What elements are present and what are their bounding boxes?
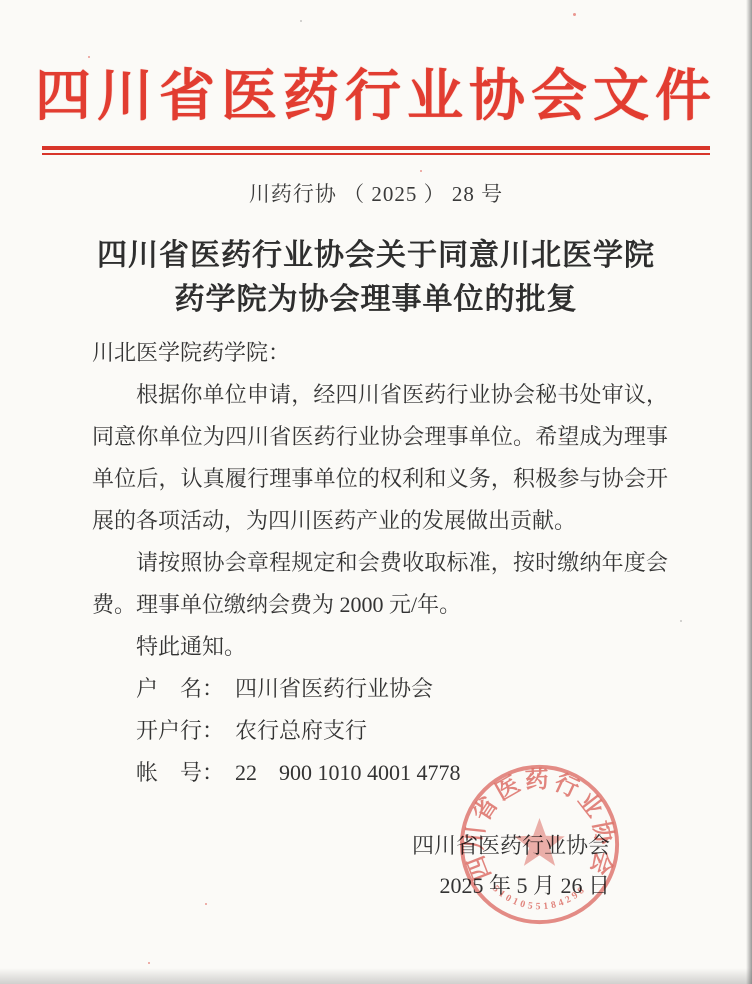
notice-line: 特此通知。: [92, 626, 668, 668]
seal-code: 5101055184298: [490, 883, 586, 912]
red-divider-rule: [42, 146, 710, 155]
bank-branch-line: 开户行： 农行总府支行: [92, 710, 668, 752]
scan-speck: [205, 903, 207, 905]
official-seal: 四川省医药行业协会 5101055184298: [456, 761, 623, 928]
scan-speck: [680, 620, 682, 622]
red-divider-thin-line: [42, 153, 710, 155]
body-line: 费。理事单位缴纳会费为 2000 元/年。: [92, 584, 668, 626]
body-line: 请按照协会章程规定和会费收取标准，按时缴纳年度会: [92, 542, 668, 584]
body-line: 同意你单位为四川省医药行业协会理事单位。希望成为理事: [92, 416, 668, 458]
scan-speck: [148, 962, 150, 964]
document-body: 川北医学院药学院： 根据你单位申请，经四川省医药行业协会秘书处审议， 同意你单位…: [92, 332, 668, 794]
document-title: 四川省医药行业协会关于同意川北医学院 药学院为协会理事单位的批复: [0, 234, 752, 322]
scan-speck: [573, 13, 576, 16]
scan-speck: [300, 20, 302, 22]
document-title-line1: 四川省医药行业协会关于同意川北医学院: [0, 234, 752, 278]
letterhead-title: 四川省医药行业协会文件: [0, 52, 752, 132]
body-line: 单位后，认真履行理事单位的权利和义务，积极参与协会开: [92, 458, 668, 500]
document-page: 四川省医药行业协会文件 川药行协 （ 2025 ） 28 号 四川省医药行业协会…: [0, 0, 752, 984]
scan-speck: [420, 170, 422, 172]
document-title-line2: 药学院为协会理事单位的批复: [0, 278, 752, 322]
body-line: 根据你单位申请，经四川省医药行业协会秘书处审议，: [92, 374, 668, 416]
star-icon: [514, 818, 564, 866]
account-name-line: 户 名： 四川省医药行业协会: [92, 668, 668, 710]
scan-edge-bottom: [0, 968, 752, 984]
salutation: 川北医学院药学院：: [92, 332, 668, 374]
document-number: 川药行协 （ 2025 ） 28 号: [0, 178, 752, 208]
scan-edge-right: [746, 0, 752, 984]
body-line: 展的各项活动，为四川医药产业的发展做出贡献。: [92, 500, 668, 542]
